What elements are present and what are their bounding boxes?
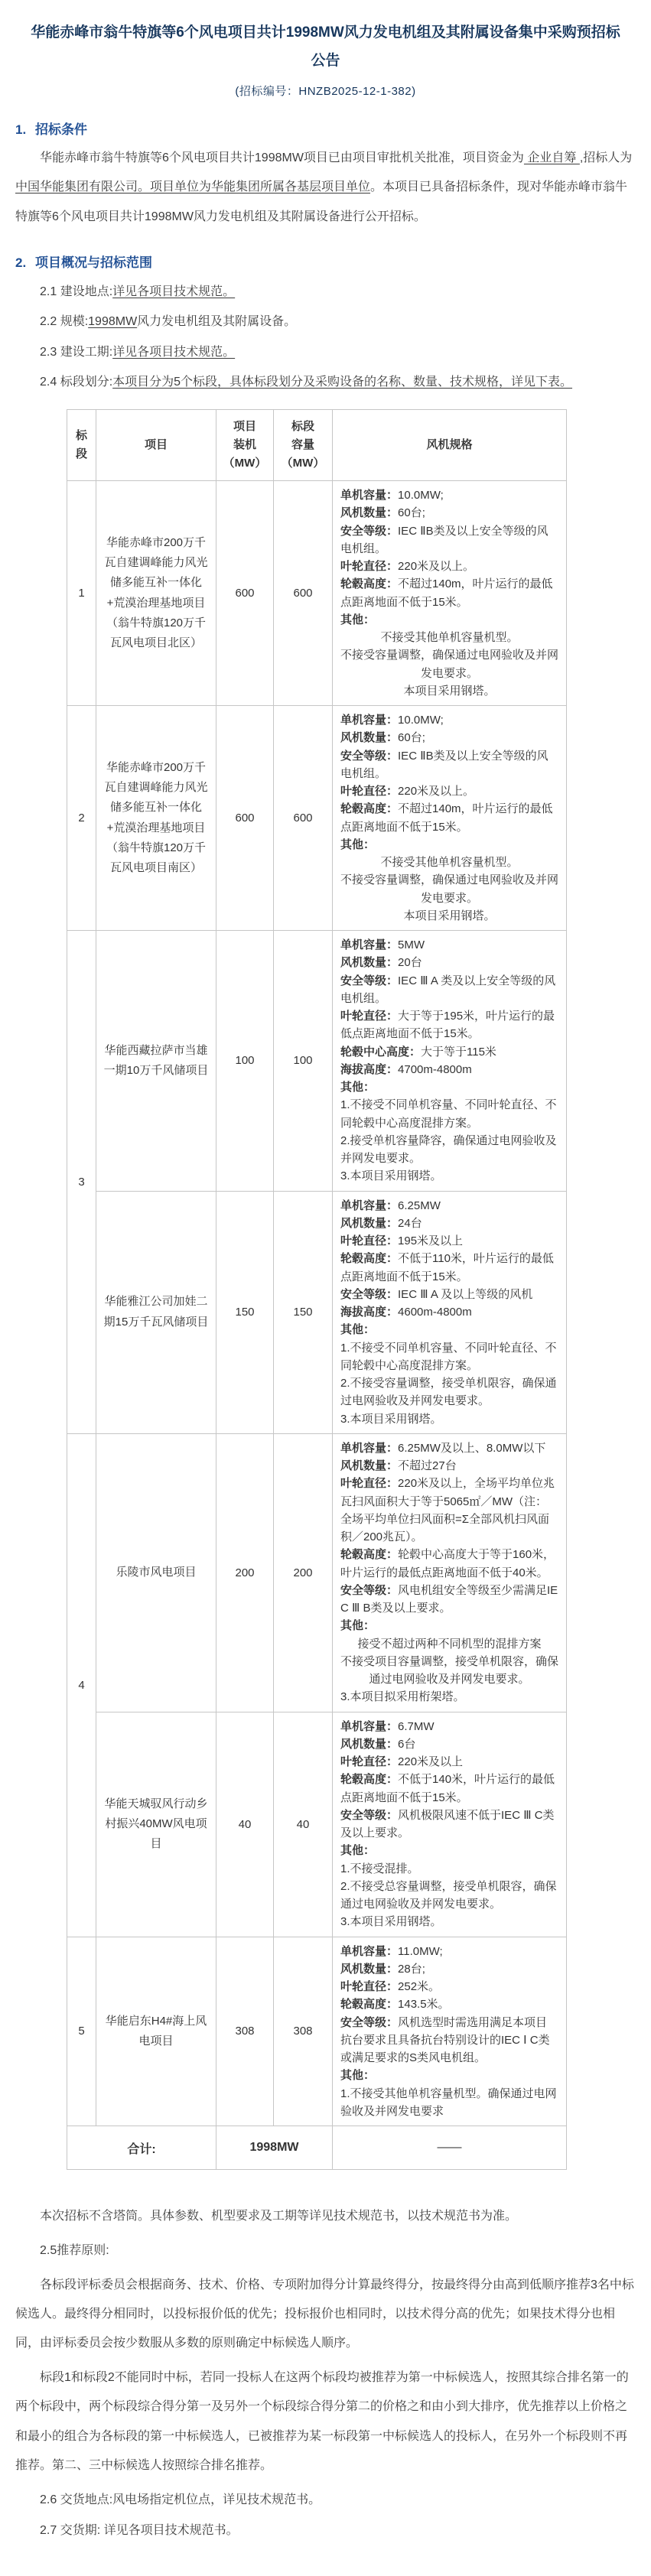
underlined-text-segment: 1998MW (88, 315, 137, 328)
text-segment: 风力发电机组及其附属设备。 (137, 315, 296, 328)
project-name-cell: 乐陵市风电项目 (96, 1433, 216, 1712)
column-header: 项目 装机 （MW） (216, 410, 274, 481)
spec-line: 叶轮直径：220米及以上，全场平均单位兆瓦扫风面积大于等于5065㎡／MW（注：… (340, 1475, 558, 1546)
spec-line: 单机容量：6.7MW (340, 1718, 558, 1735)
spec-line: 风机数量：60台; (340, 504, 558, 522)
spec-line: 3.本项目采用钢塔。 (340, 1410, 558, 1428)
spec-line: 3.本项目采用钢塔。 (340, 1913, 558, 1930)
item-2-7-delivery-period: 2.7 交货期: 详见各项目技术规范书。 (15, 2516, 636, 2545)
project-name-cell: 华能西藏拉萨市当雄一期10万千风储项目 (96, 931, 216, 1192)
spec-line: 海拔高度：4600m-4800m (340, 1303, 558, 1321)
turbine-spec-cell: 单机容量：6.7MW风机数量：6台叶轮直径：220米及以上轮毂高度：不低于140… (333, 1712, 567, 1937)
project-name-cell: 华能启东H4#海上风电项目 (96, 1937, 216, 2126)
spec-line: 其他： (340, 1321, 558, 1338)
spec-line: 单机容量：10.0MW; (340, 711, 558, 729)
spec-line: 2.不接受容量调整，接受单机限容，确保通过电网验收及并网发电要求。 (340, 1374, 558, 1410)
table-row: 3华能西藏拉萨市当雄一期10万千风储项目100100单机容量：5MW风机数量：2… (67, 931, 567, 1192)
spec-table-body: 1华能赤峰市200万千瓦自建调峰能力风光储多能互补一体化+荒漠治理基地项目（翁牛… (67, 481, 567, 2170)
spec-line: 叶轮直径：220米及以上。 (340, 558, 558, 575)
table-row: 1华能赤峰市200万千瓦自建调峰能力风光储多能互补一体化+荒漠治理基地项目（翁牛… (67, 481, 567, 706)
spec-line: 3.本项目拟采用桁架塔。 (340, 1688, 558, 1706)
spec-line: 轮毂高度：轮毂中心高度大于等于160米，叶片运行的最低点距离地面不低于40米。 (340, 1546, 558, 1582)
spec-line: 单机容量：6.25MW (340, 1197, 558, 1215)
text-segment: ,招标人为 (580, 151, 632, 164)
after-table-notes: 本次招标不含塔筒。具体参数、机型要求及工期等详见技术规范书，以技术规范书为准。 … (15, 2202, 636, 2545)
spec-line: 安全等级：风机极限风速不低于IEC Ⅲ C类及以上要求。 (340, 1807, 558, 1843)
spec-line: 风机数量：60台; (340, 729, 558, 746)
text-segment: 2.3 建设工期: (40, 346, 112, 359)
spec-line: 不接受容量调整，确保通过电网验收及并网发电要求。 (340, 646, 558, 682)
text-segment: 2.4 标段划分: (40, 376, 112, 389)
spec-line: 1.不接受不同单机容量、不同叶轮直径、不同轮毂中心高度混排方案。 (340, 1339, 558, 1375)
installed-capacity-cell: 308 (216, 1937, 274, 2126)
total-label-cell: 合计: (67, 2126, 216, 2170)
spec-line: 本项目采用钢塔。 (340, 682, 558, 700)
spec-line: 单机容量：10.0MW; (340, 486, 558, 504)
spec-line: 接受不超过两种不同机型的混排方案 (340, 1635, 558, 1653)
section-2-title: 项目概况与招标范围 (35, 255, 152, 270)
underlined-text-segment: 中国华能集团有限公司。项目单位为华能集团所属各基层项目单位 (15, 181, 370, 194)
installed-capacity-cell: 100 (216, 931, 274, 1192)
lot-number-cell: 5 (67, 1937, 96, 2126)
spec-line: 轮毂高度：不低于110米，叶片运行的最低点距离地面不低于15米。 (340, 1250, 558, 1286)
spec-line: 其他： (340, 1617, 558, 1634)
turbine-spec-cell: 单机容量：10.0MW;风机数量：60台;安全等级：IEC ⅡB类及以上安全等级… (333, 481, 567, 706)
note-no-tower: 本次招标不含塔筒。具体参数、机型要求及工期等详见技术规范书，以技术规范书为准。 (15, 2202, 636, 2231)
project-name-cell: 华能天城驭风行动乡村振兴40MW风电项目 (96, 1712, 216, 1937)
turbine-spec-cell: 单机容量：6.25MW风机数量：24台叶轮直径：195米及以上轮毂高度：不低于1… (333, 1191, 567, 1433)
column-header: 风机规格 (333, 410, 567, 481)
spec-line: 叶轮直径：220米及以上。 (340, 782, 558, 800)
lot-capacity-cell: 600 (274, 706, 333, 931)
spec-line: 单机容量：11.0MW; (340, 1943, 558, 1960)
spec-line: 不接受其他单机容量机型。 (340, 854, 558, 871)
text-segment: 华能赤峰市翁牛特旗等6个风电项目共计1998MW项目已由项目审批机关批准，项目资… (40, 151, 524, 164)
spec-table-header-row: 标 段项目项目 装机 （MW）标段 容量 （MW）风机规格 (67, 410, 567, 481)
lot-capacity-cell: 308 (274, 1937, 333, 2126)
spec-line: 叶轮直径：252米。 (340, 1978, 558, 1995)
section-1-heading: 1.招标条件 (15, 119, 636, 138)
table-row: 华能雅江公司加娃二期15万千瓦风储项目150150单机容量：6.25MW风机数量… (67, 1191, 567, 1433)
spec-line: 其他： (340, 836, 558, 854)
spec-line: 单机容量：5MW (340, 936, 558, 954)
table-row: 华能天城驭风行动乡村振兴40MW风电项目4040单机容量：6.7MW风机数量：6… (67, 1712, 567, 1937)
recommendation-paragraph-1: 各标段评标委员会根据商务、技术、价格、专项附加得分计算最终得分，按最终得分由高到… (15, 2271, 636, 2359)
spec-line: 3.本项目采用钢塔。 (340, 1167, 558, 1185)
spec-line: 风机数量：6台 (340, 1735, 558, 1753)
lot-number-cell: 2 (67, 706, 96, 931)
total-row: 合计:1998MW—— (67, 2126, 567, 2170)
item-2-3-construction-period: 2.3 建设工期:详见各项目技术规范。 (15, 337, 636, 367)
section-2-heading: 2.项目概况与招标范围 (15, 252, 636, 271)
text-segment: 2.2 规模: (40, 315, 88, 328)
spec-line: 风机数量：24台 (340, 1215, 558, 1232)
spec-line: 轮毂中心高度：大于等于115米 (340, 1043, 558, 1061)
underlined-text-segment: 详见各项目技术规范。 (112, 285, 235, 298)
lot-capacity-cell: 200 (274, 1433, 333, 1712)
spec-line: 1.不接受混排。 (340, 1860, 558, 1878)
spec-line: 安全等级：IEC ⅡB类及以上安全等级的风电机组。 (340, 522, 558, 558)
spec-line: 其他： (340, 611, 558, 629)
item-2-2-scale: 2.2 规模:1998MW风力发电机组及其附属设备。 (15, 307, 636, 337)
spec-line: 1.不接受其他单机容量机型。确保通过电网验收及并网发电要求 (340, 2085, 558, 2121)
tender-announcement-document: 华能赤峰市翁牛特旗等6个风电项目共计1998MW风力发电机组及其附属设备集中采购… (0, 0, 651, 2576)
spec-line: 不接受其他单机容量机型。 (340, 629, 558, 646)
item-2-4-lot-division: 2.4 标段划分:本项目分为5个标段，具体标段划分及采购设备的名称、数量、技术规… (15, 367, 636, 397)
lot-capacity-cell: 100 (274, 931, 333, 1192)
spec-line: 叶轮直径：220米及以上 (340, 1753, 558, 1771)
turbine-spec-cell: 单机容量：11.0MW;风机数量：28台;叶轮直径：252米。轮毂高度：143.… (333, 1937, 567, 2126)
installed-capacity-cell: 600 (216, 481, 274, 706)
spec-line: 叶轮直径：大于等于195米，叶片运行的最低点距离地面不低于15米。 (340, 1007, 558, 1043)
underlined-text-segment: 本项目分为5个标段，具体标段划分及采购设备的名称、数量、技术规格，详见下表。 (112, 376, 572, 389)
section-1-number: 1. (15, 122, 35, 138)
project-name-cell: 华能赤峰市200万千瓦自建调峰能力风光储多能互补一体化+荒漠治理基地项目（翁牛特… (96, 706, 216, 931)
column-header: 标 段 (67, 410, 96, 481)
text-segment: 2.1 建设地点: (40, 285, 112, 298)
spec-line: 安全等级：IEC Ⅲ A 及以上等级的风机 (340, 1286, 558, 1303)
spec-line: 轮毂高度：不超过140m，叶片运行的最低点距离地面不低于15米。 (340, 575, 558, 611)
spec-line: 不接受容量调整，确保通过电网验收及并网发电要求。 (340, 871, 558, 907)
page-title: 华能赤峰市翁牛特旗等6个风电项目共计1998MW风力发电机组及其附属设备集中采购… (26, 18, 625, 75)
spec-line: 风机数量：28台; (340, 1960, 558, 1978)
item-2-5-recommendation-heading: 2.5推荐原则: (15, 2236, 636, 2265)
item-2-6-delivery-place: 2.6 交货地点:风电场指定机位点，详见技术规范书。 (15, 2485, 636, 2515)
tender-number: (招标编号：HNZB2025-12-1-382) (15, 83, 636, 99)
recommendation-paragraph-2: 标段1和标段2不能同时中标，若同一投标人在这两个标段均被推荐为第一中标候选人，按… (15, 2363, 636, 2481)
spec-line: 海拔高度：4700m-4800m (340, 1061, 558, 1078)
installed-capacity-cell: 600 (216, 706, 274, 931)
spec-line: 本项目采用钢塔。 (340, 907, 558, 925)
total-capacity-cell: 1998MW (216, 2126, 333, 2170)
spec-line: 单机容量：6.25MW及以上、8.0MW以下 (340, 1439, 558, 1457)
spec-line: 不接受项目容量调整，接受单机限容，确保通过电网验收及并网发电要求。 (340, 1653, 558, 1689)
spec-line: 安全等级：IEC Ⅲ A 类及以上安全等级的风电机组。 (340, 972, 558, 1008)
turbine-spec-cell: 单机容量：5MW风机数量：20台安全等级：IEC Ⅲ A 类及以上安全等级的风电… (333, 931, 567, 1192)
underlined-text-segment: 详见各项目技术规范。 (112, 346, 235, 359)
lot-capacity-cell: 40 (274, 1712, 333, 1937)
column-header: 项目 (96, 410, 216, 481)
section-1-title: 招标条件 (35, 122, 87, 137)
spec-line: 安全等级：风机选型时需选用满足本项目抗台要求且具备抗台特别设计的IEC Ⅰ C类… (340, 2014, 558, 2067)
spec-line: 轮毂高度：不低于140米，叶片运行的最低点距离地面不低于15米。 (340, 1771, 558, 1807)
spec-line: 安全等级：IEC ⅡB类及以上安全等级的风电机组。 (340, 747, 558, 783)
lot-number-cell: 1 (67, 481, 96, 706)
spec-line: 其他： (340, 2067, 558, 2084)
table-row: 4乐陵市风电项目200200单机容量：6.25MW及以上、8.0MW以下风机数量… (67, 1433, 567, 1712)
installed-capacity-cell: 40 (216, 1712, 274, 1937)
spec-line: 轮毂高度：143.5米。 (340, 1995, 558, 2013)
spec-line: 风机数量：20台 (340, 954, 558, 971)
spec-line: 风机数量：不超过27台 (340, 1457, 558, 1475)
spec-line: 2.不接受总容量调整，接受单机限容，确保通过电网验收及并网发电要求。 (340, 1878, 558, 1914)
column-header: 标段 容量 （MW） (274, 410, 333, 481)
spec-table-head: 标 段项目项目 装机 （MW）标段 容量 （MW）风机规格 (67, 410, 567, 481)
spec-line: 叶轮直径：195米及以上 (340, 1232, 558, 1250)
table-row: 2华能赤峰市200万千瓦自建调峰能力风光储多能互补一体化+荒漠治理基地项目（翁牛… (67, 706, 567, 931)
installed-capacity-cell: 200 (216, 1433, 274, 1712)
lot-number-cell: 3 (67, 931, 96, 1434)
spec-line: 其他： (340, 1078, 558, 1096)
project-name-cell: 华能赤峰市200万千瓦自建调峰能力风光储多能互补一体化+荒漠治理基地项目（翁牛特… (96, 481, 216, 706)
total-spec-dash-cell: —— (333, 2126, 567, 2170)
lot-capacity-cell: 600 (274, 481, 333, 706)
spec-line: 1.不接受不同单机容量、不同叶轮直径、不同轮毂中心高度混排方案。 (340, 1096, 558, 1132)
lot-number-cell: 4 (67, 1433, 96, 1937)
spec-line: 2.接受单机容量降容，确保通过电网验收及并网发电要求。 (340, 1132, 558, 1168)
installed-capacity-cell: 150 (216, 1191, 274, 1433)
spec-line: 轮毂高度：不超过140m，叶片运行的最低点距离地面不低于15米。 (340, 800, 558, 836)
table-row: 5华能启东H4#海上风电项目308308单机容量：11.0MW;风机数量：28台… (67, 1937, 567, 2126)
lot-capacity-cell: 150 (274, 1191, 333, 1433)
project-name-cell: 华能雅江公司加娃二期15万千瓦风储项目 (96, 1191, 216, 1433)
turbine-spec-cell: 单机容量：6.25MW及以上、8.0MW以下风机数量：不超过27台叶轮直径：22… (333, 1433, 567, 1712)
spec-table: 标 段项目项目 装机 （MW）标段 容量 （MW）风机规格 1华能赤峰市200万… (67, 409, 567, 2170)
spec-line: 其他： (340, 1842, 558, 1859)
underlined-text-segment: 企业自筹 (524, 151, 580, 164)
item-2-1-construction-site: 2.1 建设地点:详见各项目技术规范。 (15, 277, 636, 307)
tender-conditions-paragraph: 华能赤峰市翁牛特旗等6个风电项目共计1998MW项目已由项目审批机关批准，项目资… (15, 144, 636, 232)
turbine-spec-cell: 单机容量：10.0MW;风机数量：60台;安全等级：IEC ⅡB类及以上安全等级… (333, 706, 567, 931)
spec-line: 安全等级：风电机组安全等级至少需满足IEC Ⅲ B类及以上要求。 (340, 1582, 558, 1618)
section-2-number: 2. (15, 255, 35, 271)
